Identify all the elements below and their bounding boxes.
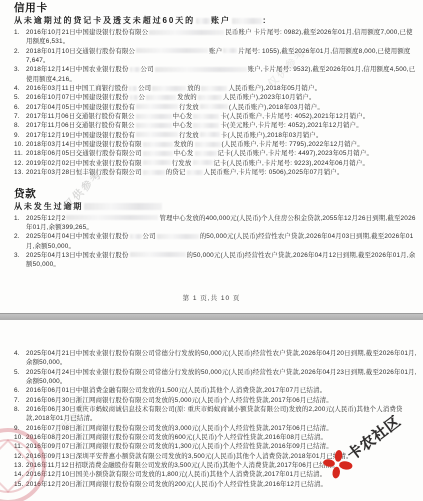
redacted-text: [143, 142, 173, 147]
item-text: 2017年11月06日交通银行股份有限公中心发卡(人民币账户,卡片尾号: 405…: [26, 113, 369, 120]
text-segment: 记卡(人民币账户,卡片尾号: 4497),2023年05月销户。: [218, 150, 374, 157]
redacted-text: [198, 95, 222, 100]
list-item: 3.2025年04月13日中国农业银行股份的50,000元(人民币)经营性农户贷…: [14, 251, 419, 270]
redacted-text: [155, 67, 247, 72]
item-text: 2019年02月02日中国农业银行股份有限行发放记卡(人民币账户,卡片尾号: 9…: [26, 160, 369, 167]
redacted-text: [143, 170, 165, 175]
loans-list-continued: 4.2025年04月21日中国农业银行股份有限公司常德分行发放的50,000元(…: [14, 349, 419, 489]
item-number: 6.: [14, 103, 20, 112]
item-text: 2017年12月19日中国建设银行股份有行发放卡(人民币账户),2018年03月…: [26, 132, 323, 139]
item-number: 11.: [14, 442, 23, 451]
text-segment: 2016年10月21日中国建设银行股份有限公: [26, 29, 148, 36]
text-segment: 从未逾期过的贷记卡及透支未超过60天的: [14, 16, 195, 25]
text-segment: 公司: [141, 66, 154, 73]
credit-card-subtitle: 从未逾期过的贷记卡及透支未超过60天的账户:: [14, 16, 419, 26]
item-number: 5.: [14, 368, 20, 377]
redacted-text: [200, 132, 220, 137]
text-segment: 2025年04月13日中国农业银行股份: [26, 252, 129, 259]
list-item: 4.2025年04月21日中国农业银行股份有限公司常德分行发放的50,000元(…: [14, 349, 419, 368]
item-text: 2016年10月21日中国建设银行股份有限公民币账户 卡片尾号: 0982),截…: [26, 29, 413, 45]
item-text: 2016年10月07日中国建设银行股份公发放的人民币账户),2023年10月销户…: [26, 94, 316, 101]
report-page-2: 4.2025年04月21日中国农业银行股份有限公司常德分行发放的50,000元(…: [0, 320, 423, 501]
page-separator: [0, 313, 423, 320]
list-item: 8.2017年11月06日交通银行股份有限公中心发卡(美元账户,卡片尾号: 40…: [14, 121, 419, 130]
text-segment: 卡(人民币账户),2018年03月销户。: [221, 132, 323, 139]
redacted-text: [130, 234, 142, 239]
redacted-text: [136, 132, 178, 137]
report-page-1: 信用卡 从未逾期过的贷记卡及透支未超过60天的账户: 1.2016年10月21日…: [0, 0, 423, 313]
redacted-text: [200, 104, 228, 109]
list-item: 14.2016年12月10日国美小额贷款有限公司发放的1,800元(人民币)其他…: [14, 470, 419, 479]
redacted-text: [143, 160, 171, 165]
redacted-text: [129, 86, 137, 91]
text-segment: 2016年11月12日招联消费金融股份有限公司发放的3,500元(人民币)其他个…: [26, 462, 339, 469]
text-segment: 2025年04月04日中国农业银行股份: [26, 233, 129, 240]
redacted-text: [130, 67, 140, 72]
item-text: 2016年11月12日招联消费金融股份有限公司发放的3,500元(人民币)其他个…: [26, 462, 339, 469]
item-text: 2021年03月28日恒丰银行股份有限公司的贷记人民币账户,卡片尾号: 0506…: [26, 169, 344, 176]
list-item: 13.2016年11月12日招联消费金融股份有限公司发放的3,500元(人民币)…: [14, 461, 419, 470]
item-number: 13.: [14, 461, 23, 470]
list-item: 2.2018年01月10日交通银行股份有限公账户片尾号: 1055),截至202…: [14, 47, 419, 66]
credit-card-section-title: 信用卡: [14, 2, 419, 14]
credit-report-document: 信用卡 从未逾期过的贷记卡及透支未超过60天的账户: 1.2016年10月21日…: [0, 0, 423, 501]
text-segment: 账户: [211, 16, 231, 25]
list-item: 2.2025年04月04日中国农业银行股份公司的50,000元(人民币)经营性农…: [14, 232, 419, 251]
text-segment: 2016年03月11日中国工商银行股份: [26, 85, 128, 92]
redacted-text: [84, 203, 162, 210]
text-segment: 2016年09月13日深圳平安普惠小额贷款有限公司发放的3,500元(人民币)其…: [26, 453, 353, 460]
list-item: 4.2016年03月11日中国工商银行股份公司放的人民币账户),2018年05月…: [14, 84, 419, 93]
list-item: 5.2016年10月07日中国建设银行股份公发放的人民币账户),2023年10月…: [14, 93, 419, 102]
item-text: 2016年06月30日重庆市蚂蚁商诚信息技术有限公司(原: 重庆市蚂蚁商诚小额贷…: [26, 406, 403, 422]
redacted-text: [66, 215, 158, 220]
redacted-text: [152, 86, 186, 91]
item-number: 15.: [14, 480, 23, 489]
list-item: 9.2016年07月08日浙江网商银行股份有限公司发放的3,000元(人民币)个…: [14, 424, 419, 433]
redacted-text: [136, 114, 172, 119]
loans-subtitle: 从未发生过逾期: [14, 202, 419, 212]
item-number: 2.: [14, 47, 20, 56]
text-segment: 2016年06月30日重庆市蚂蚁商诚信息技术有限公司(原: 重庆市蚂蚁商诚小额贷…: [26, 406, 403, 422]
text-segment: 卡(人民币账户,卡片尾号: 4052),2021年12月销户。: [220, 113, 369, 120]
item-text: 2025年04月21日中国农业银行股份有限公司常德分行发放的50,000元(人民…: [26, 350, 417, 366]
redacted-text: [149, 30, 224, 35]
text-segment: 账户: [209, 48, 222, 55]
text-segment: 2016年06月30日浙江网商银行股份有限公司发放的5,000元(人民币)个人经…: [26, 397, 333, 404]
item-text: 2025年04月24日中国农业银行股份有限公司常德分行发放的50,000元(人民…: [26, 369, 417, 385]
item-number: 7.: [14, 112, 20, 121]
text-segment: 发放的: [177, 94, 197, 101]
loans-section-title: 贷款: [14, 188, 419, 200]
redacted-text: [232, 18, 262, 25]
redacted-text: [196, 18, 210, 25]
text-segment: (人民币账户,卡片尾号: 7795),2022年12月销户。: [222, 141, 364, 148]
item-text: 2025年04月04日中国农业银行股份公司的50,000元(人民币)经营性农户贷…: [26, 233, 413, 249]
text-segment: 行发放: [179, 132, 199, 139]
item-number: 3.: [14, 65, 20, 74]
item-number: 9.: [14, 424, 20, 433]
text-segment: 卡(美元账户,卡片尾号: 4052),2021年12月销户。: [220, 122, 362, 129]
text-segment: 从未发生过逾期: [14, 202, 83, 211]
text-segment: 2018年12月14日中国农业银行股份: [26, 66, 129, 73]
item-text: 2018年03月14日中国建设银行股份有限发放的(人民币账户,卡片尾号: 779…: [26, 141, 364, 148]
credit-card-list: 1.2016年10月21日中国建设银行股份有限公民币账户 卡片尾号: 0982)…: [14, 28, 419, 178]
text-segment: 2016年08月20日浙江网商银行股份有限公司发放的600元(人民币)个人经营性…: [26, 434, 327, 441]
list-item: 3.2018年12月14日中国农业银行股份公司账户,卡片尾号: 9532),截至…: [14, 65, 419, 84]
redacted-text: [195, 142, 221, 147]
item-number: 7.: [14, 396, 20, 405]
item-number: 11.: [14, 149, 23, 158]
text-segment: 2019年02月02日中国农业银行股份有限: [26, 160, 142, 167]
item-number: 13.: [14, 168, 23, 177]
text-segment: 2016年10月07日中国建设银行股份: [26, 94, 129, 101]
item-text: 2016年12月20日浙江网商银行股份有限公司发放的200元(人民币)个人经营性…: [26, 481, 327, 488]
text-segment: 2016年12月10日国美小额贷款有限公司发放的1,800元(人民币)其他个人消…: [26, 471, 326, 478]
text-segment: :: [263, 16, 268, 25]
redacted-text: [223, 48, 237, 53]
item-text: 2017年04月05日中国建设银行股份有行发放(人民币账户),2018年03月销…: [26, 104, 324, 111]
list-item: 10.2018年03月14日中国建设银行股份有限发放的(人民币账户,卡片尾号: …: [14, 140, 419, 149]
list-item: 5.2025年04月24日中国农业银行股份有限公司常德分行发放的50,000元(…: [14, 368, 419, 387]
redacted-text: [130, 95, 138, 100]
redacted-text: [201, 86, 227, 91]
text-segment: 2017年11月06日交通银行股份有限公: [26, 113, 135, 120]
list-item: 13.2021年03月28日恒丰银行股份有限公司的贷记人民币账户,卡片尾号: 0…: [14, 168, 419, 177]
redacted-text: [143, 151, 173, 156]
text-segment: 放的: [187, 85, 200, 92]
text-segment: 公司: [138, 85, 151, 92]
text-segment: (人民币账户),2018年03月销户。: [229, 104, 324, 111]
redacted-text: [187, 170, 203, 175]
text-segment: 2018年06月05日交通银行股份有限公司: [26, 150, 142, 157]
redacted-text: [136, 104, 178, 109]
item-text: 2016年03月11日中国工商银行股份公司放的人民币账户),2018年05月销户…: [26, 85, 321, 92]
text-segment: 2018年01月10日交通银行股份有限公: [26, 48, 135, 55]
item-number: 9.: [14, 131, 20, 140]
text-segment: 2017年11月06日交通银行股份有限公: [26, 122, 135, 129]
list-item: 12.2016年09月13日深圳平安普惠小额贷款有限公司发放的3,500元(人民…: [14, 452, 419, 461]
list-item: 10.2016年08月20日浙江网商银行股份有限公司发放的600元(人民币)个人…: [14, 433, 419, 442]
list-item: 1.2025年12月2管理中心发放的400,000元(人民币)个人住房公积金贷款…: [14, 214, 419, 233]
text-segment: 中心发: [174, 150, 194, 157]
redacted-text: [130, 252, 186, 257]
list-item: 7.2016年06月30日浙江网商银行股份有限公司发放的5,000元(人民币)个…: [14, 396, 419, 405]
text-segment: 公: [139, 94, 146, 101]
item-text: 2016年06月30日浙江网商银行股份有限公司发放的5,000元(人民币)个人经…: [26, 397, 333, 404]
item-text: 2025年12月2管理中心发放的400,000元(人民币)个人住房公积金贷款,2…: [26, 215, 416, 231]
list-item: 11.2018年06月05日交通银行股份有限公司中心发记卡(人民币账户,卡片尾号…: [14, 149, 419, 158]
list-item: 6.2016年06月01日中银消费金融有限公司发放的1,500元(人民币)其他个…: [14, 386, 419, 395]
text-segment: 发放的: [174, 141, 194, 148]
item-text: 2018年12月14日中国农业银行股份公司账户,卡片尾号: 9532),截至20…: [26, 66, 415, 82]
redacted-text: [157, 234, 199, 239]
item-text: 2025年04月13日中国农业银行股份的50,000元(人民币)经营性农户贷款,…: [26, 252, 415, 268]
text-segment: 2017年12月19日中国建设银行股份有: [26, 132, 135, 139]
text-segment: 记卡(人民币账户,卡片尾号: 9223),2024年06月销户。: [214, 160, 370, 167]
text-segment: 2025年12月2: [26, 215, 65, 222]
item-number: 10.: [14, 140, 23, 149]
redacted-text: [193, 123, 219, 128]
item-text: 2016年09月13日深圳平安普惠小额贷款有限公司发放的3,500元(人民币)其…: [26, 453, 353, 460]
text-segment: 中心发: [173, 113, 193, 120]
text-segment: 2016年07月08日浙江网商银行股份有限公司发放的3,000元(人民币)个人经…: [26, 425, 333, 432]
redacted-text: [193, 160, 213, 165]
item-text: 2016年06月01日中银消费金融有限公司发放的1,500元(人民币)其他个人消…: [26, 387, 326, 394]
text-segment: 2016年12月20日浙江网商银行股份有限公司发放的200元(人民币)个人经营性…: [26, 481, 327, 488]
item-text: 2016年07月08日浙江网商银行股份有限公司发放的3,000元(人民币)个人经…: [26, 425, 333, 432]
text-segment: 2016年09月07日浙江网商银行股份有限公司发放的1,300元(人民币)个人经…: [26, 443, 333, 450]
item-text: 2017年11月06日交通银行股份有限公中心发卡(美元账户,卡片尾号: 4052…: [26, 122, 363, 129]
redacted-text: [195, 151, 217, 156]
redacted-text: [193, 114, 219, 119]
item-number: 6.: [14, 386, 20, 395]
page-number-footer: 第 1 页,共 10 页: [0, 293, 423, 302]
item-number: 10.: [14, 433, 23, 442]
text-segment: 人民币账户),2023年10月销户。: [223, 94, 316, 101]
text-segment: 2025年04月21日中国农业银行股份有限公司常德分行发放的50,000元(人民…: [26, 350, 417, 366]
text-segment: 2017年04月05日中国建设银行股份有: [26, 104, 135, 111]
redacted-text: [136, 123, 172, 128]
text-segment: 2016年06月01日中银消费金融有限公司发放的1,500元(人民币)其他个人消…: [26, 387, 326, 394]
list-item: 15.2016年12月20日浙江网商银行股份有限公司发放的200元(人民币)个人…: [14, 480, 419, 489]
item-number: 1.: [14, 28, 20, 37]
list-item: 8.2016年06月30日重庆市蚂蚁商诚信息技术有限公司(原: 重庆市蚂蚁商诚小…: [14, 405, 419, 424]
list-item: 12.2019年02月02日中国农业银行股份有限行发放记卡(人民币账户,卡片尾号…: [14, 159, 419, 168]
item-text: 2016年12月10日国美小额贷款有限公司发放的1,800元(人民币)其他个人消…: [26, 471, 326, 478]
item-number: 5.: [14, 93, 20, 102]
list-item: 11.2016年09月07日浙江网商银行股份有限公司发放的1,300元(人民币)…: [14, 442, 419, 451]
item-number: 14.: [14, 470, 23, 479]
item-number: 4.: [14, 349, 20, 358]
item-number: 8.: [14, 405, 20, 414]
text-segment: 人民币账户),2018年05月销户。: [228, 85, 321, 92]
text-segment: 2025年04月24日中国农业银行股份有限公司常德分行发放的50,000元(人民…: [26, 369, 417, 385]
text-segment: 2021年03月28日恒丰银行股份有限公司: [26, 169, 142, 176]
item-text: 2016年09月07日浙江网商银行股份有限公司发放的1,300元(人民币)个人经…: [26, 443, 333, 450]
redacted-text: [136, 48, 208, 53]
loans-list: 1.2025年12月2管理中心发放的400,000元(人民币)个人住房公积金贷款…: [14, 214, 419, 270]
text-segment: 中心发: [173, 122, 193, 129]
list-item: 9.2017年12月19日中国建设银行股份有行发放卡(人民币账户),2018年0…: [14, 131, 419, 140]
text-segment: 人民币账户,卡片尾号: 0506),2025年07月销户。: [204, 169, 344, 176]
item-text: 2018年01月10日交通银行股份有限公账户片尾号: 1055),截至2026年…: [26, 48, 411, 64]
item-number: 4.: [14, 84, 20, 93]
item-number: 8.: [14, 121, 20, 130]
item-number: 12.: [14, 159, 23, 168]
item-text: 2016年08月20日浙江网商银行股份有限公司发放的600元(人民币)个人经营性…: [26, 434, 327, 441]
text-segment: 行发放: [172, 160, 192, 167]
item-number: 1.: [14, 214, 20, 223]
text-segment: 行发放: [179, 104, 199, 111]
item-number: 2.: [14, 232, 20, 241]
list-item: 7.2017年11月06日交通银行股份有限公中心发卡(人民币账户,卡片尾号: 4…: [14, 112, 419, 121]
list-item: 6.2017年04月05日中国建设银行股份有行发放(人民币账户),2018年03…: [14, 103, 419, 112]
list-item: 1.2016年10月21日中国建设银行股份有限公民币账户 卡片尾号: 0982)…: [14, 28, 419, 47]
text-segment: 公司: [143, 233, 156, 240]
item-number: 12.: [14, 452, 23, 461]
item-text: 2018年06月05日交通银行股份有限公司中心发记卡(人民币账户,卡片尾号: 4…: [26, 150, 373, 157]
text-segment: 的贷记: [166, 169, 186, 176]
redacted-text: [146, 95, 176, 100]
text-segment: 2018年03月14日中国建设银行股份有限: [26, 141, 142, 148]
item-number: 3.: [14, 251, 20, 260]
